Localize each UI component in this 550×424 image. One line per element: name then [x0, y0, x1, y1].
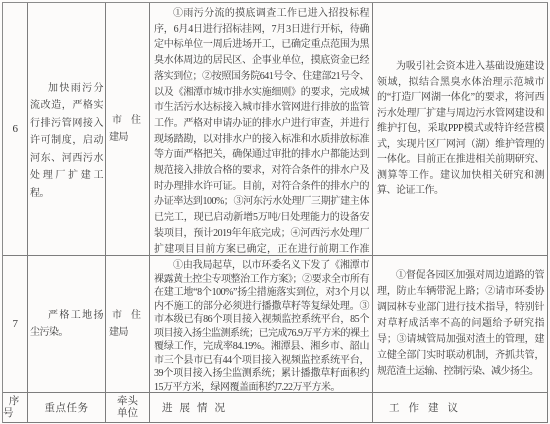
row-6-seq: 6 — [3, 3, 28, 256]
header-seq-cell: 序号 — [3, 393, 28, 423]
header-seq-label: 序号 — [3, 396, 15, 419]
header-unit-cell: 牵头单位 — [106, 393, 150, 423]
header-task-cell: 重点任务 — [28, 393, 106, 423]
header-progress-label: 进展情况 — [162, 400, 232, 415]
row-7-suggestion-text: ①督促各园区加强对周边道路的管理，防止车辆带泥上路；②请市环委协调园林专业部门进… — [377, 268, 544, 380]
header-suggestion-cell: 工作建议 — [373, 393, 548, 423]
row-7-unit-text: 市 住 建局 — [106, 307, 149, 341]
row-7-task-text: 严格工地扬尘污染。 — [28, 307, 105, 342]
header-progress-cell: 进展情况 — [150, 393, 373, 423]
row-6-task-cell: 加快雨污分流改造，严格实行排污管网接入许可制度，启动河东、河西污水处理厂扩建工程… — [28, 3, 106, 256]
row-6-progress-cell: ①雨污分流的摸底调查工作已进入招投标程序，6月4日进行招标挂网，7月3日进行开标… — [150, 3, 373, 256]
row-6-unit-text: 市 住 建局 — [106, 112, 149, 146]
row-7-seq: 7 — [3, 256, 28, 393]
header-unit-label: 牵头单位 — [115, 396, 139, 420]
header-suggestion-label: 工作建议 — [389, 400, 467, 415]
row-6-suggestion-text: 为吸引社会资本进入基础设施建设领域，拟结合黑臭水体治理示范城市的“打造厂网湖一体… — [377, 59, 544, 199]
header-task-label: 重点任务 — [45, 400, 89, 415]
report-table: 6 加快雨污分流改造，严格实行排污管网接入许可制度，启动河东、河西污水处理厂扩建… — [2, 2, 548, 423]
row-6-unit-cell: 市 住 建局 — [106, 3, 150, 256]
row-6-task-text: 加快雨污分流改造，严格实行排污管网接入许可制度，启动河东、河西污水处理厂扩建工程… — [28, 80, 105, 203]
row-6-suggestion-cell: 为吸引社会资本进入基础设施建设领域，拟结合黑臭水体治理示范城市的“打造厂网湖一体… — [373, 3, 548, 256]
row-7-task-cell: 严格工地扬尘污染。 — [28, 256, 106, 393]
row-7-unit-cell: 市 住 建局 — [106, 256, 150, 393]
row-7-progress-cell: ①由我局起草，以市环委名义下发了《湘潭市裸露黄土控尘专项整治工作方案》；②要求全… — [150, 256, 373, 393]
row-7-suggestion-cell: ①督促各园区加强对周边道路的管理，防止车辆带泥上路；②请市环委协调园林专业部门进… — [373, 256, 548, 393]
row-7-progress-text: ①由我局起草，以市环委名义下发了《湘潭市裸露黄土控尘专项整治工作方案》；②要求全… — [154, 259, 369, 393]
row-6-progress-text: ①雨污分流的摸底调查工作已进入招投标程序，6月4日进行招标挂网，7月3日进行开标… — [154, 6, 369, 256]
